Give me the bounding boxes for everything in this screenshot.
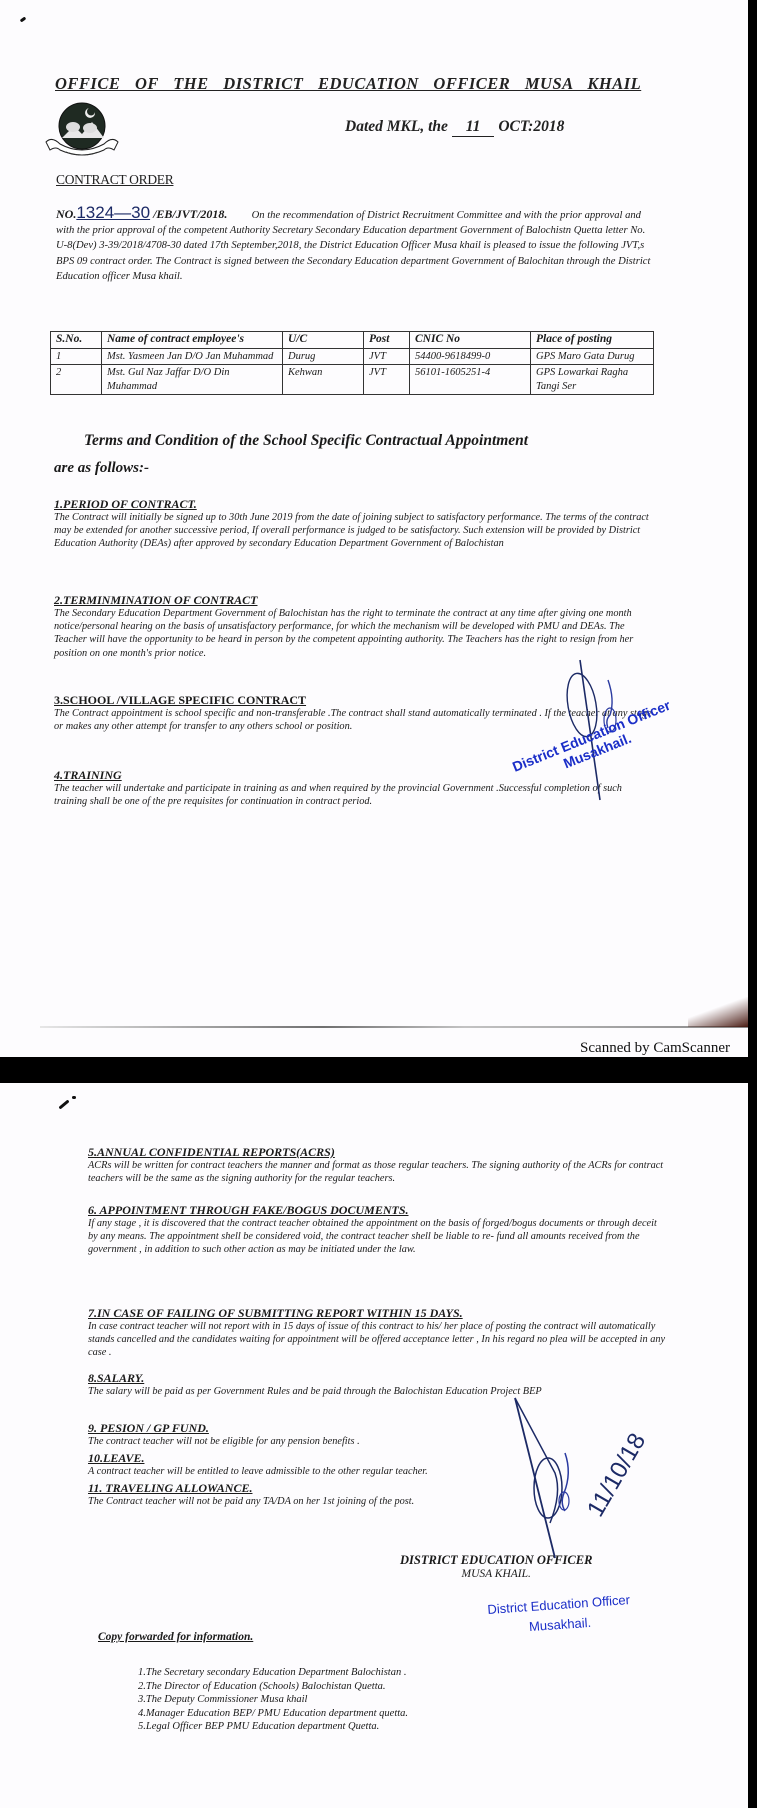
section-body: The teacher will undertake and participa…: [54, 783, 622, 807]
copy-forwarded-heading: Copy forwarded for information.: [98, 1631, 253, 1643]
col-name: Name of contract employee's: [102, 332, 283, 349]
section-body: ACRs will be written for contract teache…: [88, 1160, 663, 1184]
section-heading: 7.IN CASE OF FAILING OF SUBMITTING REPOR…: [88, 1306, 668, 1320]
section-fake-documents: 6. APPOINTMENT THROUGH FAKE/BOGUS DOCUME…: [88, 1203, 668, 1257]
officer-signature: [500, 1393, 670, 1563]
cell-name: Mst. Gul Naz Jaffar D/O Din Muhammad: [102, 365, 283, 395]
cell-cnic: 56101-1605251-4: [410, 365, 531, 395]
col-cnic: CNIC No: [410, 332, 531, 349]
intro-paragraph: NO.1324—30 /EB/JVT/2018. On the recommen…: [56, 205, 656, 284]
signatory-title: DISTRICT EDUCATION OFFICER: [400, 1553, 592, 1568]
table-header-row: S.No. Name of contract employee's U/C Po…: [51, 332, 654, 349]
cell-uc: Kehwan: [283, 365, 364, 395]
section-heading: 1.PERIOD OF CONTRACT.: [54, 497, 654, 511]
cc-list: 1.The Secretary secondary Education Depa…: [138, 1666, 408, 1734]
document-page-1: OFFICE OF THE DISTRICT EDUCATION OFFICER…: [0, 0, 748, 1057]
table-row: 1 Mst. Yasmeen Jan D/O Jan Muhammad Duru…: [51, 348, 654, 365]
cell-uc: Durug: [283, 348, 364, 365]
section-heading: 8.SALARY.: [88, 1371, 668, 1385]
section-body: The Contract teacher will not be paid an…: [88, 1496, 414, 1507]
office-header-title: OFFICE OF THE DISTRICT EDUCATION OFFICER…: [55, 74, 641, 94]
section-body: The salary will be paid as per Governmen…: [88, 1386, 542, 1397]
section-body: The Contract will initially be signed up…: [54, 512, 649, 549]
col-post: Post: [364, 332, 410, 349]
cell-post: JVT: [364, 348, 410, 365]
cell-sno: 1: [51, 348, 102, 365]
terms-heading: Terms and Condition of the School Specif…: [84, 432, 528, 450]
section-failing-report: 7.IN CASE OF FAILING OF SUBMITTING REPOR…: [88, 1306, 668, 1360]
cell-cnic: 54400-9618499-0: [410, 348, 531, 365]
section-acrs: 5.ANNUAL CONFIDENTIAL REPORTS(ACRS) ACRs…: [88, 1145, 668, 1185]
pen-mark: [58, 1099, 69, 1109]
cc-item: 2.The Director of Education (Schools) Ba…: [138, 1680, 408, 1694]
contract-order-heading: CONTRACT ORDER: [56, 172, 173, 188]
order-no-prefix: NO.: [56, 207, 76, 221]
signatory-block: DISTRICT EDUCATION OFFICER MUSA KHAIL.: [400, 1553, 592, 1580]
officer-stamp: District Education Officer Musakhail.: [487, 1590, 632, 1640]
col-uc: U/C: [283, 332, 364, 349]
section-heading: 6. APPOINTMENT THROUGH FAKE/BOGUS DOCUME…: [88, 1203, 668, 1217]
cell-name: Mst. Yasmeen Jan D/O Jan Muhammad: [102, 348, 283, 365]
pen-dot: [72, 1096, 76, 1099]
cell-posting: GPS Lowarkai Ragha Tangi Ser: [531, 365, 654, 395]
employee-table: S.No. Name of contract employee's U/C Po…: [50, 331, 654, 395]
col-sno: S.No.: [51, 332, 102, 349]
dated-line: Dated MKL, the 11 OCT:2018: [345, 118, 564, 137]
camscanner-watermark: Scanned by CamScanner: [580, 1040, 730, 1057]
cc-item: 5.Legal Officer BEP PMU Education depart…: [138, 1720, 408, 1734]
dated-suffix: OCT:2018: [498, 118, 564, 135]
section-body: If any stage , it is discovered that the…: [88, 1218, 657, 1255]
section-body: The Secondary Education Department Gover…: [54, 608, 633, 659]
section-body: In case contract teacher will not report…: [88, 1321, 665, 1358]
pen-mark: [20, 17, 27, 23]
document-page-2: 5.ANNUAL CONFIDENTIAL REPORTS(ACRS) ACRs…: [0, 1083, 748, 1808]
signatory-place: MUSA KHAIL.: [400, 1568, 592, 1580]
page-corner-shadow: [688, 997, 748, 1027]
table-row: 2 Mst. Gul Naz Jaffar D/O Din Muhammad K…: [51, 365, 654, 395]
dated-day: 11: [452, 118, 495, 137]
terms-follows: are as follows:-: [54, 460, 149, 477]
section-heading: 2.TERMINMINATION OF CONTRACT: [54, 593, 654, 607]
page-bottom-edge: [40, 1026, 748, 1028]
col-posting: Place of posting: [531, 332, 654, 349]
balochistan-emblem-icon: [42, 100, 122, 165]
cc-item: 4.Manager Education BEP/ PMU Education d…: [138, 1707, 408, 1721]
dated-prefix: Dated MKL, the: [345, 118, 448, 135]
section-body: The contract teacher will not be eligibl…: [88, 1436, 360, 1447]
order-no-handwritten: 1324—30: [76, 203, 150, 222]
section-heading: 5.ANNUAL CONFIDENTIAL REPORTS(ACRS): [88, 1145, 668, 1159]
cc-item: 3.The Deputy Commissioner Musa khail: [138, 1693, 408, 1707]
cell-posting: GPS Maro Gata Durug: [531, 348, 654, 365]
cell-sno: 2: [51, 365, 102, 395]
cell-post: JVT: [364, 365, 410, 395]
order-no-suffix: /EB/JVT/2018.: [153, 207, 227, 221]
section-body: A contract teacher will be entitled to l…: [88, 1466, 428, 1477]
order-number: NO.1324—30 /EB/JVT/2018.: [56, 207, 230, 221]
section-period-of-contract: 1.PERIOD OF CONTRACT. The Contract will …: [54, 497, 654, 551]
cc-item: 1.The Secretary secondary Education Depa…: [138, 1666, 408, 1680]
